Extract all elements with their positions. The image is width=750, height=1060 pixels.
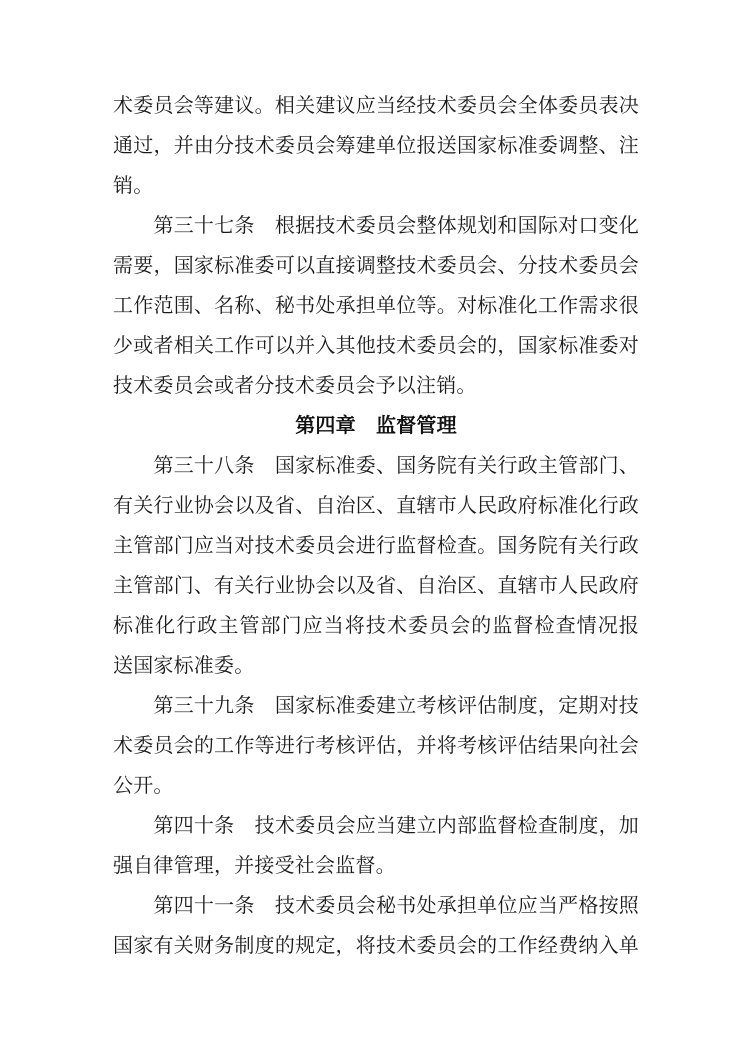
text-line: 有关行业协会以及省、自治区、直辖市人民政府标准化行政 [113, 486, 639, 526]
text-line: 主管部门应当对技术委员会进行监督检查。国务院有关行政 [113, 526, 639, 566]
text-line: 第三十八条 国家标准委、国务院有关行政主管部门、 [113, 446, 639, 486]
paragraph: 第三十九条 国家标准委建立考核评估制度，定期对技术委员会的工作等进行考核评估，并… [113, 686, 639, 806]
paragraph: 第四十一条 技术委员会秘书处承担单位应当严格按照国家有关财务制度的规定，将技术委… [113, 886, 639, 966]
text-line: 技术委员会或者分技术委员会予以注销。 [113, 366, 639, 406]
text-line: 工作范围、名称、秘书处承担单位等。对标准化工作需求很 [113, 286, 639, 326]
text-line: 第四十条 技术委员会应当建立内部监督检查制度，加 [113, 806, 639, 846]
paragraph: 第四十条 技术委员会应当建立内部监督检查制度，加强自律管理，并接受社会监督。 [113, 806, 639, 886]
document-body: 术委员会等建议。相关建议应当经技术委员会全体委员表决通过，并由分技术委员会筹建单… [113, 86, 639, 966]
text-line: 少或者相关工作可以并入其他技术委员会的，国家标准委对 [113, 326, 639, 366]
text-line: 送国家标准委。 [113, 646, 639, 686]
text-line: 术委员会等建议。相关建议应当经技术委员会全体委员表决 [113, 86, 639, 126]
text-line: 术委员会的工作等进行考核评估，并将考核评估结果向社会 [113, 726, 639, 766]
text-line: 公开。 [113, 766, 639, 806]
paragraph: 术委员会等建议。相关建议应当经技术委员会全体委员表决通过，并由分技术委员会筹建单… [113, 86, 639, 206]
text-line: 销。 [113, 166, 639, 206]
text-line: 标准化行政主管部门应当将技术委员会的监督检查情况报 [113, 606, 639, 646]
text-line: 第三十七条 根据技术委员会整体规划和国际对口变化 [113, 206, 639, 246]
chapter-heading: 第四章 监督管理 [113, 406, 639, 446]
text-line: 强自律管理，并接受社会监督。 [113, 846, 639, 886]
paragraph: 第三十八条 国家标准委、国务院有关行政主管部门、有关行业协会以及省、自治区、直辖… [113, 446, 639, 686]
text-line: 需要，国家标准委可以直接调整技术委员会、分技术委员会 [113, 246, 639, 286]
text-line: 第三十九条 国家标准委建立考核评估制度，定期对技 [113, 686, 639, 726]
text-line: 通过，并由分技术委员会筹建单位报送国家标准委调整、注 [113, 126, 639, 166]
document-page: 术委员会等建议。相关建议应当经技术委员会全体委员表决通过，并由分技术委员会筹建单… [0, 0, 750, 1060]
text-line: 第四十一条 技术委员会秘书处承担单位应当严格按照 [113, 886, 639, 926]
text-line: 主管部门、有关行业协会以及省、自治区、直辖市人民政府 [113, 566, 639, 606]
text-line: 国家有关财务制度的规定，将技术委员会的工作经费纳入单 [113, 926, 639, 966]
paragraph: 第三十七条 根据技术委员会整体规划和国际对口变化需要，国家标准委可以直接调整技术… [113, 206, 639, 406]
